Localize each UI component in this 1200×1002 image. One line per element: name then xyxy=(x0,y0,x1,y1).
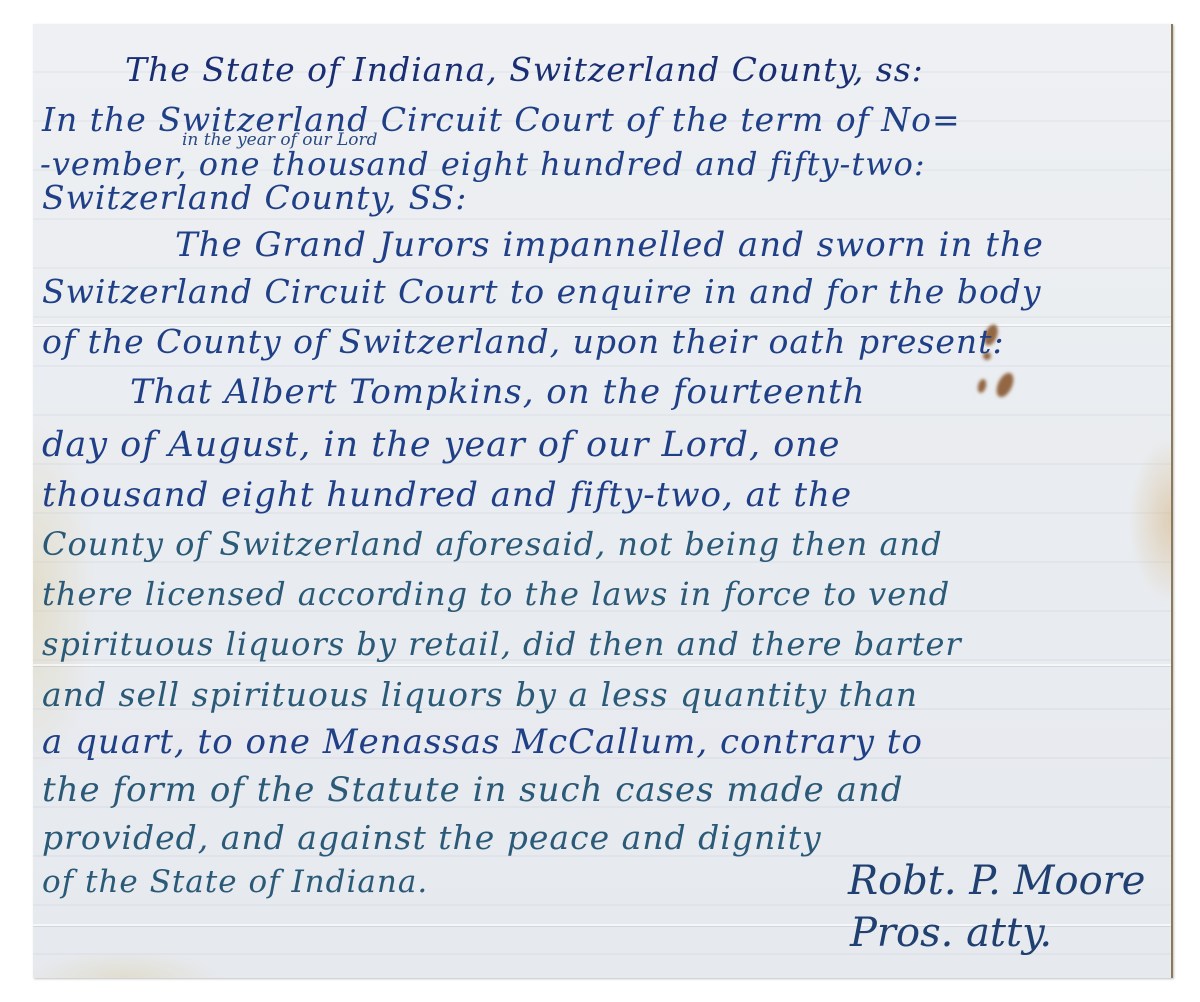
body-line: of the County of Switzerland, upon their… xyxy=(42,322,1005,361)
body-line: Switzerland Circuit Court to enquire in … xyxy=(42,272,1042,311)
body-line: of the State of Indiana. xyxy=(42,864,428,900)
caption-line: The State of Indiana, Switzerland County… xyxy=(125,50,924,89)
paper-crease xyxy=(33,664,1171,666)
signature-title: Pros. atty. xyxy=(850,910,1052,956)
body-line: provided, and against the peace and dign… xyxy=(42,818,822,857)
body-line: That Albert Tompkins, on the fourteenth xyxy=(130,372,866,412)
body-line: County of Switzerland aforesaid, not bei… xyxy=(42,525,943,563)
signature-name: Robt. P. Moore xyxy=(848,858,1145,904)
ink-stain xyxy=(993,370,1017,399)
body-line-accused: That Albert Tompkins, on the fourteenth xyxy=(130,372,866,412)
body-line: spirituous liquors by retail, did then a… xyxy=(42,625,962,663)
venue-line: Switzerland County, SS: xyxy=(42,178,467,217)
body-line: there licensed according to the laws in … xyxy=(42,575,950,613)
body-line: and sell spirituous liquors by a less qu… xyxy=(42,675,918,714)
ink-stain xyxy=(976,378,987,394)
court-line-a: In the Switzerland Circuit Court of the … xyxy=(42,100,961,139)
body-line: a quart, to one Menassas McCallum, contr… xyxy=(42,722,923,762)
body-line: day of August, in the year of our Lord, … xyxy=(42,425,841,465)
body-line: thousand eight hundred and fifty-two, at… xyxy=(42,475,852,515)
body-line: the form of the Statute in such cases ma… xyxy=(42,770,904,810)
body-line: The Grand Jurors impannelled and sworn i… xyxy=(175,225,1044,265)
